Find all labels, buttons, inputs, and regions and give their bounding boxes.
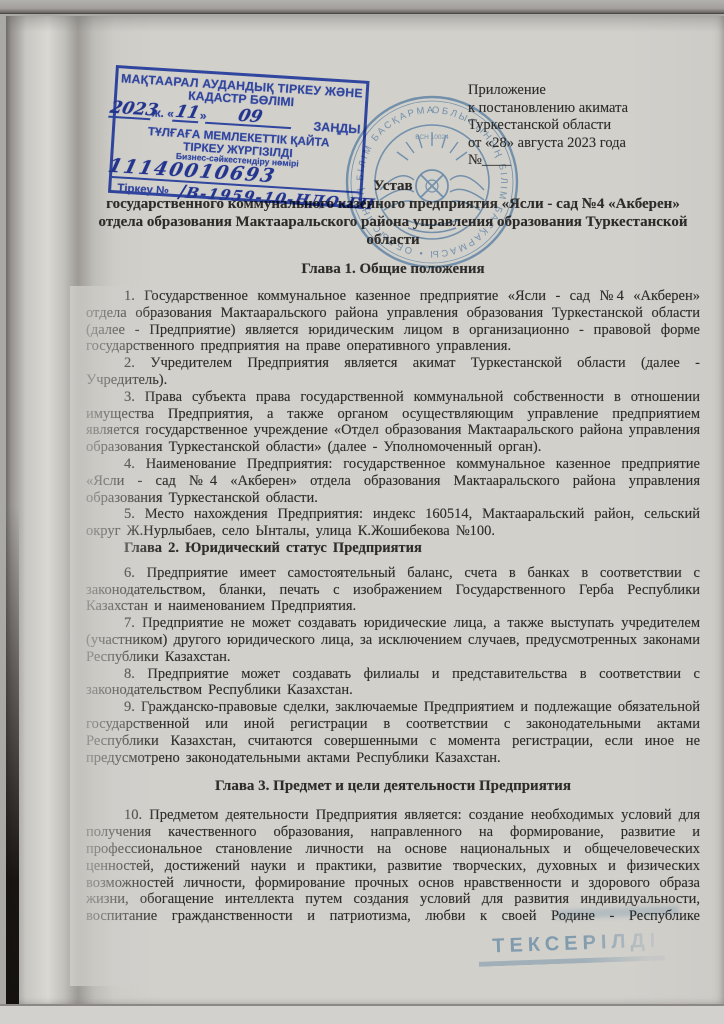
registration-stamp: МАҚТААРАЛ АУДАНДЫҚ ТІРКЕУ ЖӘНЕ КАДАСТР Б… (108, 65, 370, 209)
paragraph-6: 6. Предприятие имеет самостоятельный бал… (86, 565, 700, 615)
handwritten-month: 09 (204, 106, 294, 129)
title-line: области (86, 231, 700, 249)
document-page: ОБЛЫСЫНЫҢ БІЛІМ БАСҚАРМАСЫ • ОБЛЫСЫНЫҢ Б… (6, 16, 724, 1006)
title-line: отдела образования Мактааральского район… (86, 213, 700, 231)
stamp-legal-word: ЗАҢДЫ (313, 120, 361, 137)
paragraph-5: 5. Место нахождения Предприятия: индекс … (86, 506, 700, 540)
paragraph-2: 2. Учредителем Предприятия является аким… (86, 355, 700, 389)
handwritten-day: 11 (172, 104, 202, 123)
book-spine-shadow (6, 506, 19, 1006)
chapter1-heading: Глава 1. Общие положения (86, 261, 700, 278)
paragraph-7: 7. Предприятие не может создавать юридич… (86, 615, 700, 665)
paragraph-3: 3. Права субъекта права государственной … (86, 389, 700, 456)
chapter3-heading: Глава 3. Предмет и цели деятельности Пре… (86, 778, 700, 795)
paragraph-9: 9. Гражданско-правовые сделки, заключаем… (86, 699, 700, 766)
chapter2-heading: Глава 2. Юридический статус Предприятия (86, 540, 700, 557)
scanner-background-top (0, 0, 724, 14)
scanned-document: ОБЛЫСЫНЫҢ БІЛІМ БАСҚАРМАСЫ • ОБЛЫСЫНЫҢ Б… (0, 0, 724, 1024)
stamp-reg-label: Тіркеу № (117, 182, 169, 197)
scanner-background-bottom (0, 1004, 724, 1024)
paragraph-4: 4. Наименование Предприятия: государстве… (86, 456, 700, 506)
handwritten-year: 2023 (108, 100, 154, 120)
paragraph-8: 8. Предприятие может создавать филиалы и… (86, 666, 700, 700)
paragraph-1: 1. Государственное коммунальное казенное… (86, 288, 700, 355)
paragraph-10: 10. Предметом деятельности Предприятия я… (86, 807, 700, 925)
